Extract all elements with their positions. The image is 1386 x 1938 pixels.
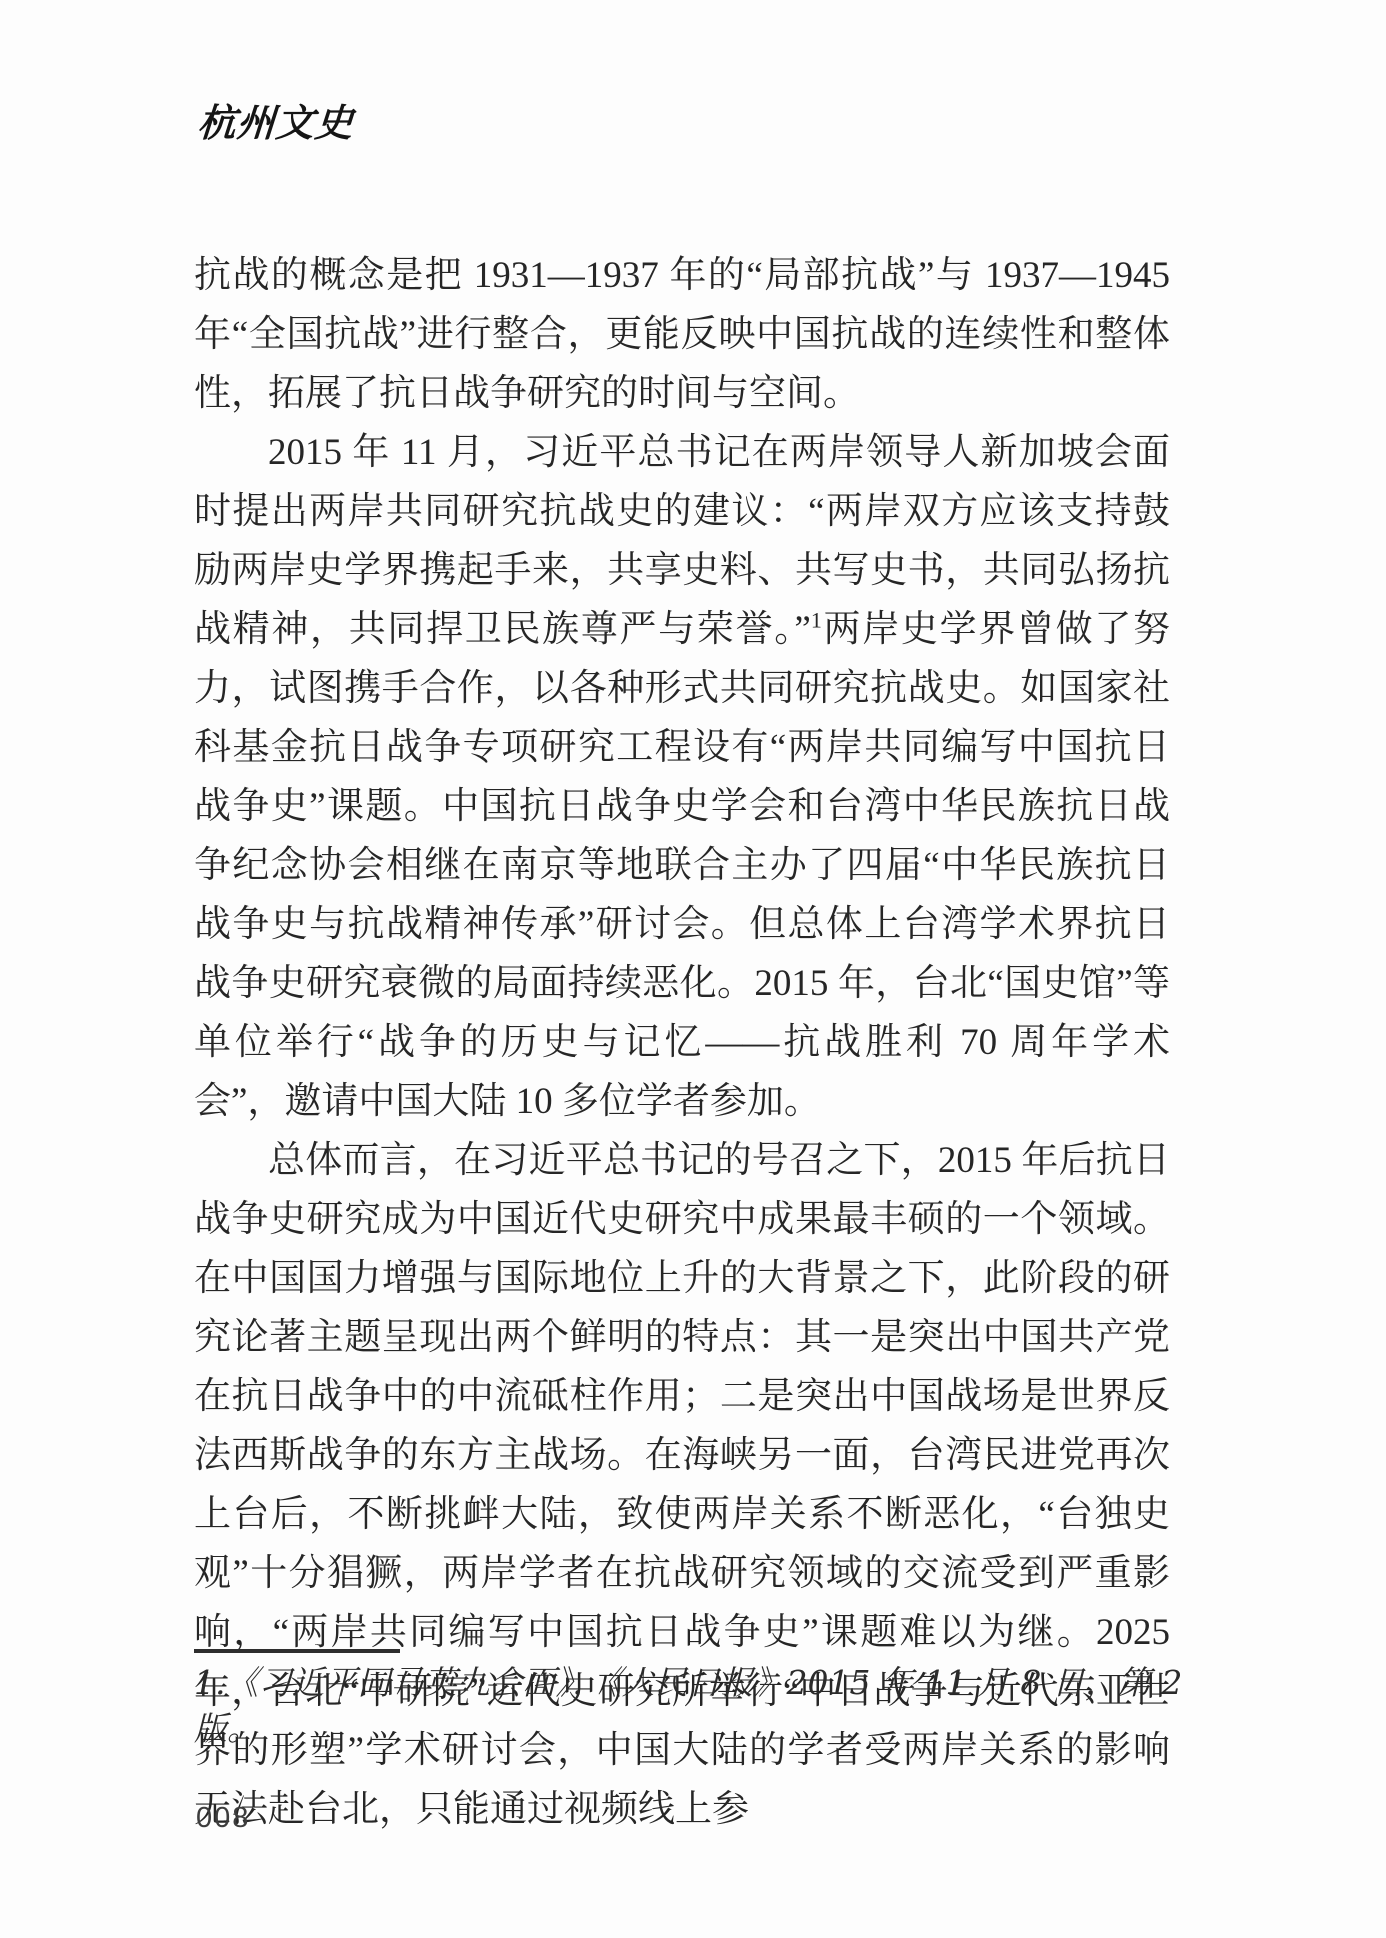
paragraph: 抗战的概念是把 1931—1937 年的“局部抗战”与 1937—1945 年“…	[194, 246, 1170, 423]
page-number: 008	[196, 1802, 250, 1835]
magazine-logo: 杭州文史	[196, 92, 356, 147]
footnote-text: 1.《习近平同马英九会面》，《人民日报》2015 年 11 月 8 日，第 2 …	[194, 1660, 1214, 1752]
footnote-reference: 1	[811, 608, 822, 633]
paragraph: 2015 年 11 月，习近平总书记在两岸领导人新加坡会面时提出两岸共同研究抗战…	[194, 423, 1170, 1131]
footnote-separator-rule	[194, 1649, 400, 1653]
paragraph-text-after-note: 两岸史学界曾做了努力，试图携手合作，以各种形式共同研究抗战史。如国家社科基金抗日…	[194, 609, 1170, 1122]
book-page: 杭州文史 抗战的概念是把 1931—1937 年的“局部抗战”与 1937—19…	[0, 0, 1386, 1938]
body-text: 抗战的概念是把 1931—1937 年的“局部抗战”与 1937—1945 年“…	[194, 246, 1170, 1839]
